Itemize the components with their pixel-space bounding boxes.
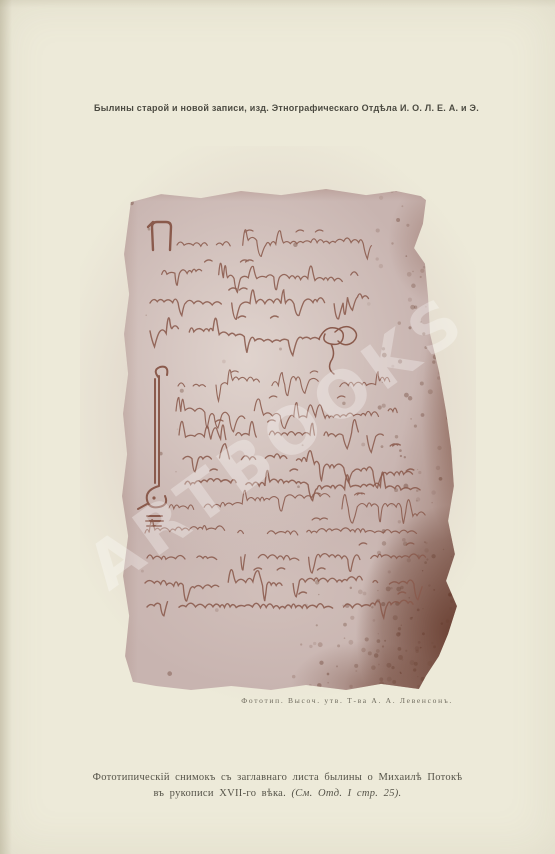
stain-speckle: [391, 190, 394, 193]
stain-speckle: [427, 661, 432, 666]
stain-speckle: [313, 642, 316, 645]
plate-caption-line2: въ рукописи XVII-го вѣка. (См. Отд. I ст…: [0, 786, 555, 802]
stain-speckle: [433, 589, 435, 591]
stain-speckle: [292, 675, 296, 679]
stain-speckle: [398, 632, 401, 635]
stain-speckle: [318, 642, 323, 647]
stain-speckle: [417, 676, 418, 677]
stain-speckle: [378, 633, 379, 634]
stain-speckle: [450, 281, 452, 283]
stain-speckle: [319, 661, 323, 665]
stain-speckle: [422, 608, 423, 609]
stain-speckle: [436, 466, 440, 470]
stain-speckle: [433, 355, 438, 360]
stain-speckle: [432, 360, 435, 363]
block2-ornate-initial: [138, 367, 167, 526]
stain-speckle: [382, 353, 387, 358]
scribal-ornaments: [138, 222, 357, 526]
stain-speckle: [386, 586, 391, 591]
stain-speckle: [402, 659, 404, 661]
stain-speckle: [376, 649, 380, 653]
stain-speckle: [379, 681, 384, 686]
stain-speckle: [398, 321, 401, 324]
stain-speckle: [355, 670, 357, 672]
stain-speckle: [381, 602, 385, 606]
stain-speckle: [422, 632, 425, 635]
stain-speckle: [395, 435, 398, 438]
stain-speckle: [376, 228, 380, 232]
plate-caption-line1: Фототипическій снимокъ съ заглавнаго лис…: [0, 770, 555, 786]
stain-speckle: [317, 683, 322, 688]
stain-speckle: [425, 542, 427, 544]
stain-speckle: [399, 449, 402, 452]
stain-speckle: [413, 668, 416, 671]
stain-speckle: [422, 570, 423, 571]
stain-speckle: [350, 587, 352, 589]
script-line: [145, 518, 417, 535]
script-line: [169, 490, 425, 523]
stain-speckle: [302, 444, 304, 446]
stain-speckle: [447, 341, 450, 344]
stain-speckle: [342, 402, 345, 405]
stain-speckle: [433, 686, 435, 688]
stain-speckle: [405, 650, 407, 652]
stain-speckle: [410, 418, 412, 420]
stain-speckle: [379, 196, 383, 200]
script-line: [162, 260, 358, 292]
stain-speckle: [424, 561, 427, 564]
plate-caption-line2-text: въ рукописи XVII-го вѣка.: [154, 788, 292, 799]
stain-speckle: [450, 682, 451, 683]
stain-speckle: [428, 584, 430, 586]
stain-speckle: [436, 186, 440, 188]
stain-speckle: [439, 477, 443, 481]
stain-speckle: [445, 259, 447, 261]
stain-speckle: [400, 671, 402, 673]
stain-speckle: [410, 305, 415, 310]
stain-speckle: [458, 613, 461, 618]
stain-speckle: [397, 687, 399, 689]
stain-speckle: [443, 194, 446, 197]
stain-speckle: [451, 251, 453, 253]
stain-speckle: [446, 416, 450, 420]
stain-speckle: [379, 264, 383, 268]
stain-speckle: [337, 644, 340, 647]
script-line: [177, 230, 372, 259]
stain-speckle: [408, 326, 411, 329]
stain-speckle: [401, 205, 403, 207]
script-line: [150, 316, 319, 355]
stain-speckle: [309, 645, 312, 648]
stain-speckle: [391, 365, 394, 368]
stain-speckle: [405, 255, 407, 257]
stain-speckle: [446, 619, 449, 622]
stain-speckle: [414, 425, 417, 428]
stain-speckle: [420, 382, 424, 386]
stain-speckle: [425, 235, 430, 240]
stain-speckle: [215, 608, 219, 612]
stain-speckle: [374, 653, 379, 658]
stain-speckle: [418, 641, 421, 644]
stain-speckle: [390, 187, 392, 189]
stain-speckle: [177, 428, 179, 430]
stain-speckle: [368, 651, 372, 655]
stain-speckle: [381, 445, 384, 448]
stain-speckle: [398, 359, 402, 363]
stain-speckle: [377, 590, 378, 591]
stain-speckle: [367, 302, 371, 306]
script-line: [176, 396, 397, 432]
stain-speckle: [371, 665, 376, 670]
stain-speckle: [373, 619, 376, 622]
stain-speckle: [427, 675, 429, 677]
stain-speckle: [167, 671, 172, 676]
stain-speckle: [433, 645, 436, 648]
stain-speckle: [344, 637, 346, 639]
stain-speckle: [451, 223, 455, 227]
stain-speckle: [450, 600, 453, 603]
stain-speckle: [365, 637, 369, 641]
stain-speckle: [371, 606, 373, 608]
script-line: [147, 543, 426, 573]
stain-speckle: [420, 276, 422, 278]
stain-speckle: [439, 674, 443, 678]
stain-speckle: [395, 190, 396, 191]
stain-speckle: [425, 306, 427, 308]
stain-speckle: [420, 647, 422, 649]
stain-speckle: [327, 673, 330, 676]
stain-speckle: [448, 647, 453, 652]
stain-speckle: [457, 673, 460, 676]
stain-speckle: [447, 672, 450, 675]
stain-speckle: [129, 201, 134, 206]
stain-speckle: [396, 218, 400, 222]
stain-speckle: [375, 187, 379, 191]
stain-speckle: [449, 607, 452, 610]
stain-speckle: [411, 284, 416, 289]
stain-speckle: [407, 272, 412, 277]
stain-speckle: [398, 655, 403, 660]
plate-caption-reference: (См. Отд. I стр. 25).: [292, 788, 402, 799]
script-line: [150, 288, 369, 319]
scribal-flourish: [319, 327, 357, 374]
stain-speckle: [396, 587, 401, 592]
stain-speckle: [361, 648, 365, 652]
stain-speckle: [411, 617, 413, 619]
stain-speckle: [421, 677, 425, 681]
stain-speckle: [361, 443, 365, 447]
stain-speckle: [431, 502, 433, 504]
stain-speckle: [426, 558, 428, 560]
script-line: [178, 370, 390, 401]
stain-speckle: [420, 321, 422, 323]
stain-speckle: [444, 187, 447, 190]
stain-speckle: [238, 188, 239, 189]
series-caption: Былины старой и новой записи, изд. Этног…: [0, 103, 555, 113]
stain-speckle: [451, 653, 455, 657]
handwritten-text-lines: [145, 230, 426, 618]
stain-speckle: [431, 642, 433, 644]
stain-speckle: [417, 469, 418, 470]
stain-speckle: [391, 666, 394, 669]
stain-speckle: [382, 541, 386, 545]
block1-initial-letter: [148, 222, 171, 250]
stain-speckle: [410, 660, 415, 665]
stain-speckle: [141, 570, 144, 573]
stain-speckle: [418, 471, 421, 474]
stain-speckle: [175, 471, 176, 472]
stain-speckle: [416, 489, 419, 492]
stain-speckle: [437, 661, 441, 665]
manuscript-handwriting: [121, 186, 461, 691]
stain-speckle: [448, 593, 451, 596]
stain-speckle: [428, 389, 433, 394]
stain-speckle: [386, 663, 391, 668]
stain-speckle: [279, 348, 282, 351]
stain-speckle: [222, 360, 226, 364]
stain-speckle: [377, 639, 381, 643]
stain-speckle: [393, 615, 398, 620]
stain-speckle: [444, 258, 447, 261]
stain-speckle: [415, 646, 420, 651]
stain-speckle: [378, 405, 382, 409]
block2-initial-eye: [152, 496, 155, 499]
stain-speckle: [417, 685, 420, 688]
stain-speckle: [391, 242, 393, 244]
stain-speckle: [300, 643, 302, 645]
stain-speckle: [407, 186, 409, 188]
stain-speckle: [382, 382, 383, 383]
stain-speckle: [387, 677, 392, 682]
stain-speckle: [349, 685, 352, 688]
stain-speckle: [316, 624, 318, 626]
stain-speckle: [408, 298, 412, 302]
stain-speckle: [417, 609, 420, 612]
script-line: [147, 592, 413, 618]
stain-speckle: [436, 200, 441, 205]
stain-speckle: [398, 627, 401, 630]
stain-speckle: [297, 485, 300, 488]
stain-speckle: [421, 413, 425, 417]
stain-speckle: [343, 623, 347, 627]
stain-speckle: [431, 490, 435, 494]
stain-speckle: [424, 346, 427, 349]
stain-speckle: [378, 664, 380, 666]
script-line: [179, 420, 383, 453]
stain-speckle: [388, 570, 391, 573]
stain-speckle: [438, 271, 440, 273]
stain-speckle: [336, 665, 338, 667]
stain-speckle: [435, 681, 440, 686]
stain-speckle: [424, 548, 428, 552]
stain-speckle: [444, 325, 446, 327]
stain-speckle: [402, 538, 406, 542]
stain-speckle: [420, 269, 424, 273]
stain-speckle: [435, 306, 439, 310]
stain-speckle: [384, 640, 386, 642]
stain-speckle: [358, 590, 363, 595]
stain-speckle: [422, 332, 425, 335]
stain-speckle: [398, 520, 401, 523]
stain-speckle: [354, 664, 358, 668]
stain-speckle: [443, 549, 444, 550]
stain-speckle: [400, 455, 402, 457]
stain-speckle: [444, 388, 449, 393]
stain-speckle: [437, 446, 441, 450]
stain-speckle: [416, 500, 418, 502]
manuscript-leaf-photo: [121, 186, 461, 691]
stain-speckle: [379, 677, 383, 681]
stain-speckle: [408, 597, 410, 599]
paper-grain-speckles: [129, 186, 461, 689]
stain-speckle: [309, 684, 312, 687]
stain-speckle: [441, 680, 446, 685]
stain-speckle: [408, 396, 412, 400]
stain-speckle: [382, 347, 385, 350]
stain-speckle: [376, 257, 379, 260]
stain-speckle: [404, 456, 406, 458]
stain-speckle: [446, 641, 450, 645]
stain-speckle: [349, 640, 354, 645]
stain-speckle: [407, 558, 411, 562]
stain-speckle: [318, 594, 319, 595]
stain-speckle: [327, 682, 328, 683]
stain-speckle: [441, 622, 443, 624]
stain-speckle: [448, 642, 452, 646]
stain-speckle: [390, 587, 392, 589]
book-page-scan: Былины старой и новой записи, изд. Этног…: [0, 0, 555, 854]
stain-speckle: [447, 220, 451, 224]
stain-speckle: [145, 314, 146, 315]
stain-speckle: [406, 224, 409, 227]
stain-speckle: [401, 625, 402, 626]
stain-speckle: [382, 645, 384, 647]
printer-credit: Фототип. Высоч. утв. Т-ва А. А. Левенсон…: [241, 696, 453, 705]
plate-caption: Фототипическій снимокъ съ заглавнаго лис…: [0, 770, 555, 801]
stain-speckle: [451, 556, 452, 557]
stain-speckle: [148, 228, 151, 231]
stain-speckle: [431, 554, 435, 558]
stain-speckle: [437, 376, 441, 380]
stain-speckle: [398, 647, 402, 651]
stain-speckle: [180, 389, 184, 393]
stain-speckle: [423, 266, 426, 269]
script-line: [145, 568, 422, 601]
phototype-plate: ARTBOOKS: [80, 146, 476, 706]
stain-speckle: [350, 616, 354, 620]
stain-speckle: [412, 271, 414, 273]
stain-speckle: [382, 404, 386, 408]
stain-speckle: [363, 592, 367, 596]
stain-speckle: [392, 680, 396, 684]
stain-speckle: [404, 393, 409, 398]
stain-speckle: [458, 347, 460, 349]
stain-speckle: [456, 596, 457, 597]
stain-speckle: [438, 371, 441, 374]
